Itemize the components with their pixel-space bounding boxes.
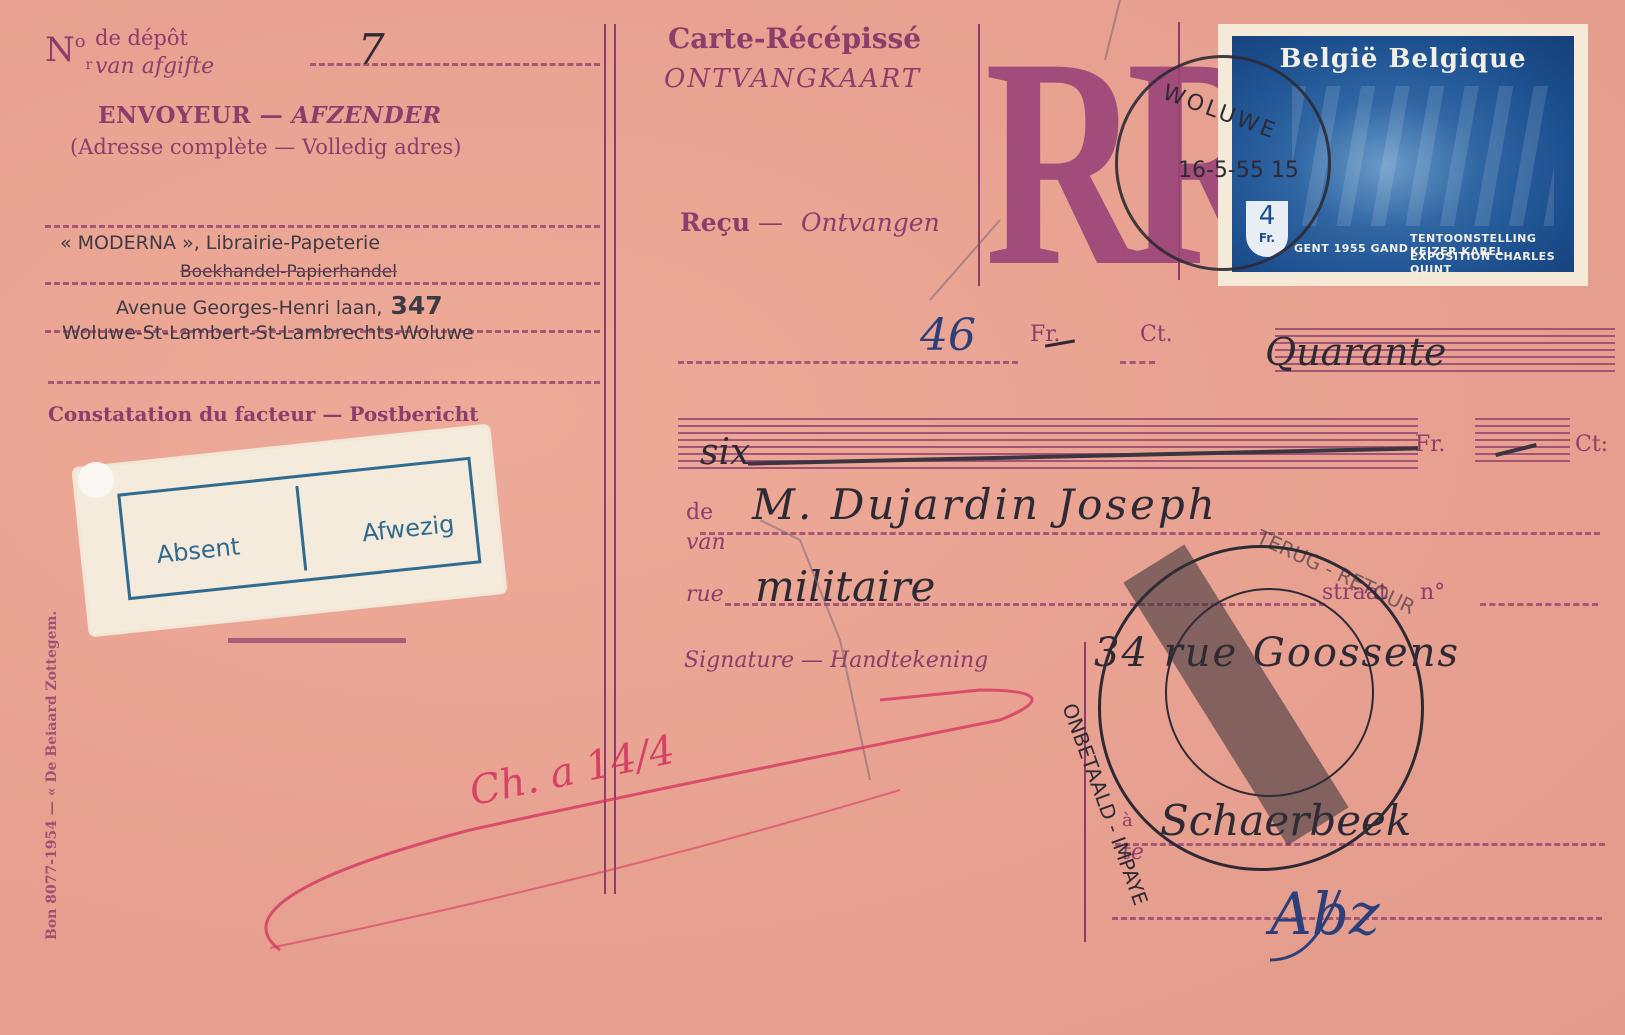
received-sep: —	[758, 208, 783, 237]
amount-ct-line-2	[1120, 361, 1155, 364]
from-label-fr: de	[686, 500, 713, 525]
stamp-caption-right-2: EXPOSITION CHARLES QUINT	[1410, 250, 1574, 276]
sender-line-4	[48, 381, 600, 384]
amount-words-1: Quarante	[1265, 330, 1446, 374]
receipt-card: Nor de dépôt van afgifte 7 ENVOYEUR — AF…	[0, 0, 1625, 1035]
divider-title	[978, 24, 980, 286]
amount-words-2: six	[700, 432, 750, 473]
no-super: o	[75, 31, 86, 52]
label-underline	[228, 638, 406, 643]
divider-address	[1084, 642, 1086, 942]
received-label: Reçu — Ontvangen	[680, 208, 940, 237]
words-ruled-box-2	[678, 418, 1418, 474]
no-sub: r	[86, 57, 93, 73]
sender-city: Woluwe-St-Lambert-St-Lambrechts-Woluwe	[62, 322, 474, 344]
printer-imprint: Bon 8077-1954 — « De Beiaard Zottegem.	[44, 611, 60, 940]
sender-subheading: (Adresse complète — Volledig adres)	[70, 135, 461, 159]
stamp-caption-left: GENT 1955 GAND	[1294, 242, 1408, 255]
words-ct-label: Ct:	[1575, 432, 1608, 457]
sender-street-number: 347	[390, 291, 442, 320]
postmark-date: 16-5-55 15	[1178, 158, 1299, 183]
punch-hole	[78, 462, 114, 498]
amount-value: 46	[920, 310, 976, 361]
sender-heading-nl: AFZENDER	[292, 102, 442, 129]
card-title-nl: ONTVANGKAART	[664, 64, 921, 94]
sender-street: Avenue Georges-Henri laan,347	[116, 291, 443, 320]
words-fr-label: Fr.	[1415, 432, 1445, 457]
sender-street-name: Avenue Georges-Henri laan,	[116, 297, 382, 319]
absent-text-fr: Absent	[155, 532, 241, 569]
depot-label-nl: van afgifte	[95, 54, 214, 79]
absent-label-divider	[295, 486, 307, 571]
depot-line	[310, 63, 600, 66]
stamp-country: België Belgique	[1232, 44, 1574, 74]
words-ct-box	[1475, 418, 1570, 467]
no-letter: N	[45, 30, 75, 70]
from-value: M. Dujardin Joseph	[752, 480, 1218, 529]
sender-line-1	[45, 225, 600, 228]
stamp-illustration	[1292, 86, 1554, 226]
number-line	[1480, 603, 1598, 606]
sender-heading-fr: ENVOYEUR	[98, 102, 251, 129]
amount-line	[678, 361, 1018, 364]
clerk-initials: Abz	[1270, 880, 1380, 948]
depot-label-fr: de dépôt	[95, 26, 188, 50]
registered-letter-r: R	[985, 0, 1127, 328]
street-value: militaire	[755, 562, 935, 611]
signature-label: Signature — Handtekening	[684, 648, 988, 673]
sender-heading: ENVOYEUR — AFZENDER	[98, 102, 442, 129]
red-annotation: Ch. a 14/4	[465, 727, 678, 815]
number-label: n°	[1420, 580, 1445, 605]
received-nl: Ontvangen	[801, 208, 940, 237]
depot-number: 7	[358, 25, 385, 74]
sender-line-2	[45, 282, 600, 285]
absent-label-frame: Absent Afwezig	[117, 457, 481, 601]
sender-heading-sep: —	[251, 102, 292, 129]
absent-label: Absent Afwezig	[75, 427, 505, 634]
from-line	[700, 532, 1600, 535]
absent-text-nl: Afwezig	[361, 510, 456, 548]
postman-note-heading: Constatation du facteur — Postbericht	[48, 402, 478, 426]
card-title-fr: Carte-Récépissé	[668, 22, 921, 55]
number-symbol: Nor	[45, 30, 92, 73]
received-fr: Reçu	[680, 208, 750, 237]
sender-name: « MODERNA », Librairie-Papeterie	[60, 232, 380, 254]
street-label-fr: rue	[686, 582, 724, 607]
amount-ct-label: Ct.	[1140, 322, 1173, 347]
sender-trade-nl: Boekhandel-Papierhandel	[180, 262, 397, 282]
